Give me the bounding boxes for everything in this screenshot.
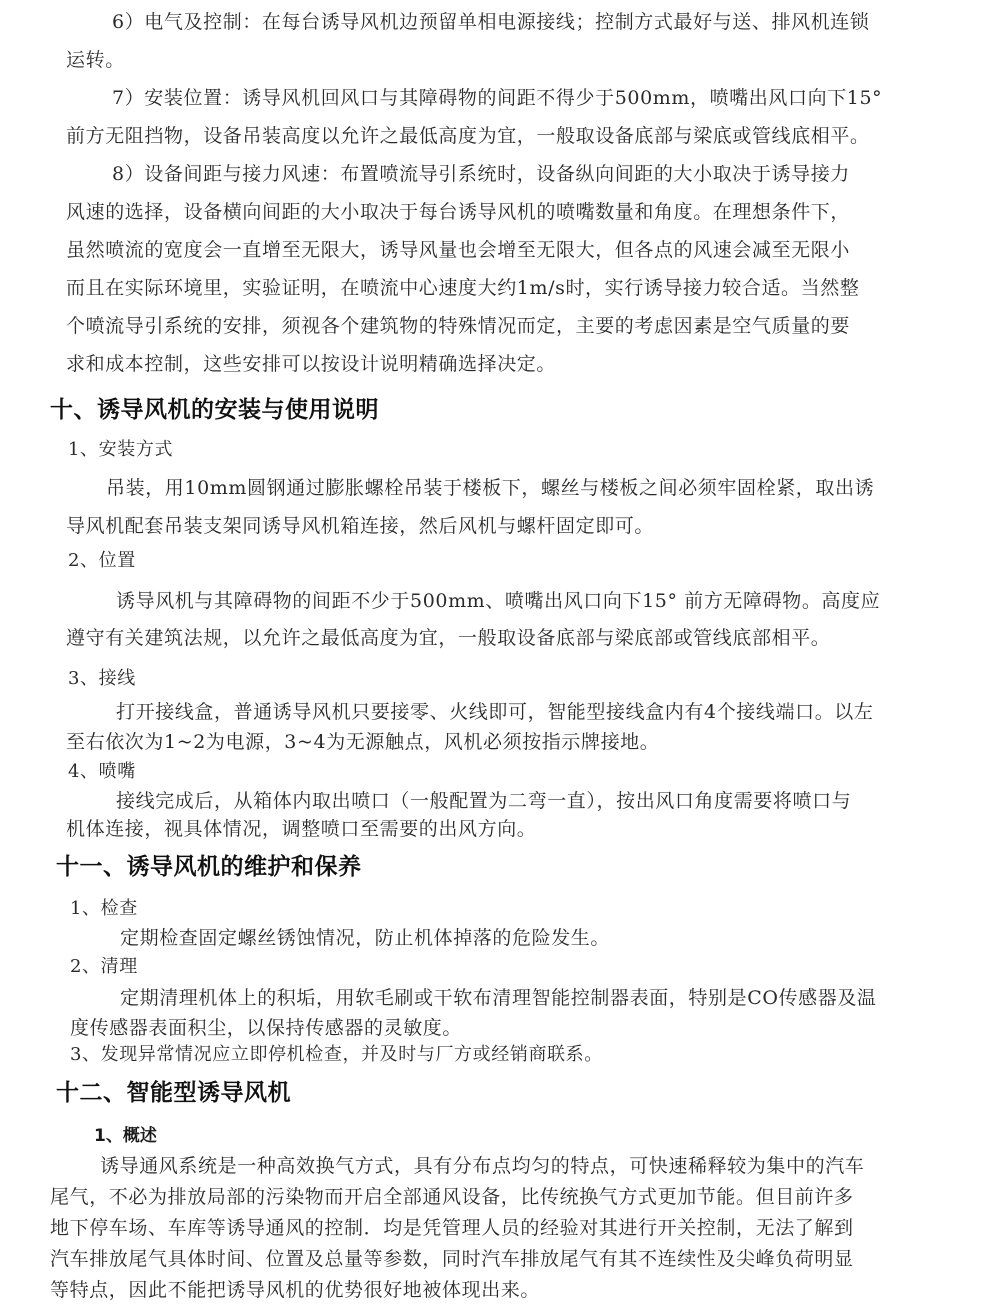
paragraph-line: 至右依次为1~2为电源，3~4为无源触点，风机必须按指示牌接地。: [66, 730, 659, 754]
paragraph-line: 而且在实际环境里，实验证明，在喷流中心速度大约1m/s时，实行诱导接力较合适。当…: [66, 276, 859, 300]
paragraph-line: 定期检查固定螺丝锈蚀情况，防止机体掉落的危险发生。: [120, 926, 610, 950]
paragraph-line: 地下停车场、车库等诱导通风的控制．均是凭管理人员的经验对其进行开关控制，无法了解…: [50, 1216, 854, 1240]
paragraph-line: 8）设备间距与接力风速：布置喷流导引系统时，设备纵向间距的大小取决于诱导接力: [112, 162, 850, 186]
section-heading-10: 十、诱导风机的安装与使用说明: [50, 396, 379, 424]
paragraph-line: 诱导风机与其障碍物的间距不少于500mm、喷嘴出风口向下15° 前方无障碍物。高…: [116, 589, 880, 613]
subsection-title: 2、清理: [70, 955, 138, 979]
paragraph-line: 尾气，不必为排放局部的污染物而开启全部通风设备，比传统换气方式更加节能。但目前许…: [50, 1185, 854, 1209]
section-heading-12: 十二、智能型诱导风机: [56, 1079, 291, 1107]
paragraph-line: 机体连接，视具体情况，调整喷口至需要的出风方向。: [66, 817, 536, 841]
paragraph-line: 定期清理机体上的积垢，用软毛刷或干软布清理智能控制器表面，特别是CO传感器及温: [120, 986, 877, 1010]
paragraph-line: 遵守有关建筑法规，以允许之最低高度为宜，一般取设备底部与梁底部或管线底部相平。: [66, 626, 830, 650]
paragraph-line: 度传感器表面积尘，以保持传感器的灵敏度。: [70, 1016, 462, 1040]
paragraph-line: 吊装，用10mm圆钢通过膨胀螺栓吊装于楼板下，螺丝与楼板之间必须牢固栓紧，取出诱: [106, 476, 874, 500]
paragraph-line: 接线完成后，从箱体内取出喷口（一般配置为二弯一直），按出风口角度需要将喷口与: [116, 789, 851, 813]
paragraph-line: 前方无阻挡物，设备吊装高度以允许之最低高度为宜，一般取设备底部与梁底或管线底相平…: [66, 124, 870, 148]
paragraph-line: 个喷流导引系统的安排，须视各个建筑物的特殊情况而定，主要的考虑因素是空气质量的要: [66, 314, 850, 338]
paragraph-line: 风速的选择，设备横向间距的大小取决于每台诱导风机的喷嘴数量和角度。在理想条件下，: [66, 200, 850, 224]
subsection-title: 3、发现异常情况应立即停机检查，并及时与厂方或经销商联系。: [70, 1043, 603, 1067]
paragraph-line: 运转。: [66, 48, 125, 72]
subsection-title: 1、概述: [94, 1125, 157, 1147]
paragraph-line: 等特点，因此不能把诱导风机的优势很好地被体现出来。: [50, 1278, 540, 1302]
paragraph-line: 求和成本控制，这些安排可以按设计说明精确选择决定。: [66, 352, 556, 376]
subsection-title: 1、安装方式: [68, 438, 173, 462]
paragraph-line: 7）安装位置：诱导风机回风口与其障碍物的间距不得少于500mm，喷嘴出风口向下1…: [112, 86, 882, 110]
subsection-title: 4、喷嘴: [68, 760, 136, 784]
paragraph-line: 6）电气及控制：在每台诱导风机边预留单相电源接线；控制方式最好与送、排风机连锁: [112, 10, 870, 34]
paragraph-line: 打开接线盒，普通诱导风机只要接零、火线即可，智能型接线盒内有4个接线端口。以左: [116, 700, 874, 724]
paragraph-line: 导风机配套吊装支架同诱导风机箱连接，然后风机与螺杆固定即可。: [66, 514, 654, 538]
paragraph-line: 诱导通风系统是一种高效换气方式，具有分布点均匀的特点，可快速稀释较为集中的汽车: [100, 1154, 864, 1178]
subsection-title: 1、检查: [70, 897, 138, 921]
paragraph-line: 虽然喷流的宽度会一直增至无限大，诱导风量也会增至无限大，但各点的风速会减至无限小: [66, 238, 850, 262]
subsection-title: 3、接线: [68, 667, 136, 691]
paragraph-line: 汽车排放尾气具体时间、位置及总量等参数，同时汽车排放尾气有其不连续性及尖峰负荷明…: [50, 1247, 854, 1271]
subsection-title: 2、位置: [68, 549, 136, 573]
section-heading-11: 十一、诱导风机的维护和保养: [56, 853, 362, 881]
